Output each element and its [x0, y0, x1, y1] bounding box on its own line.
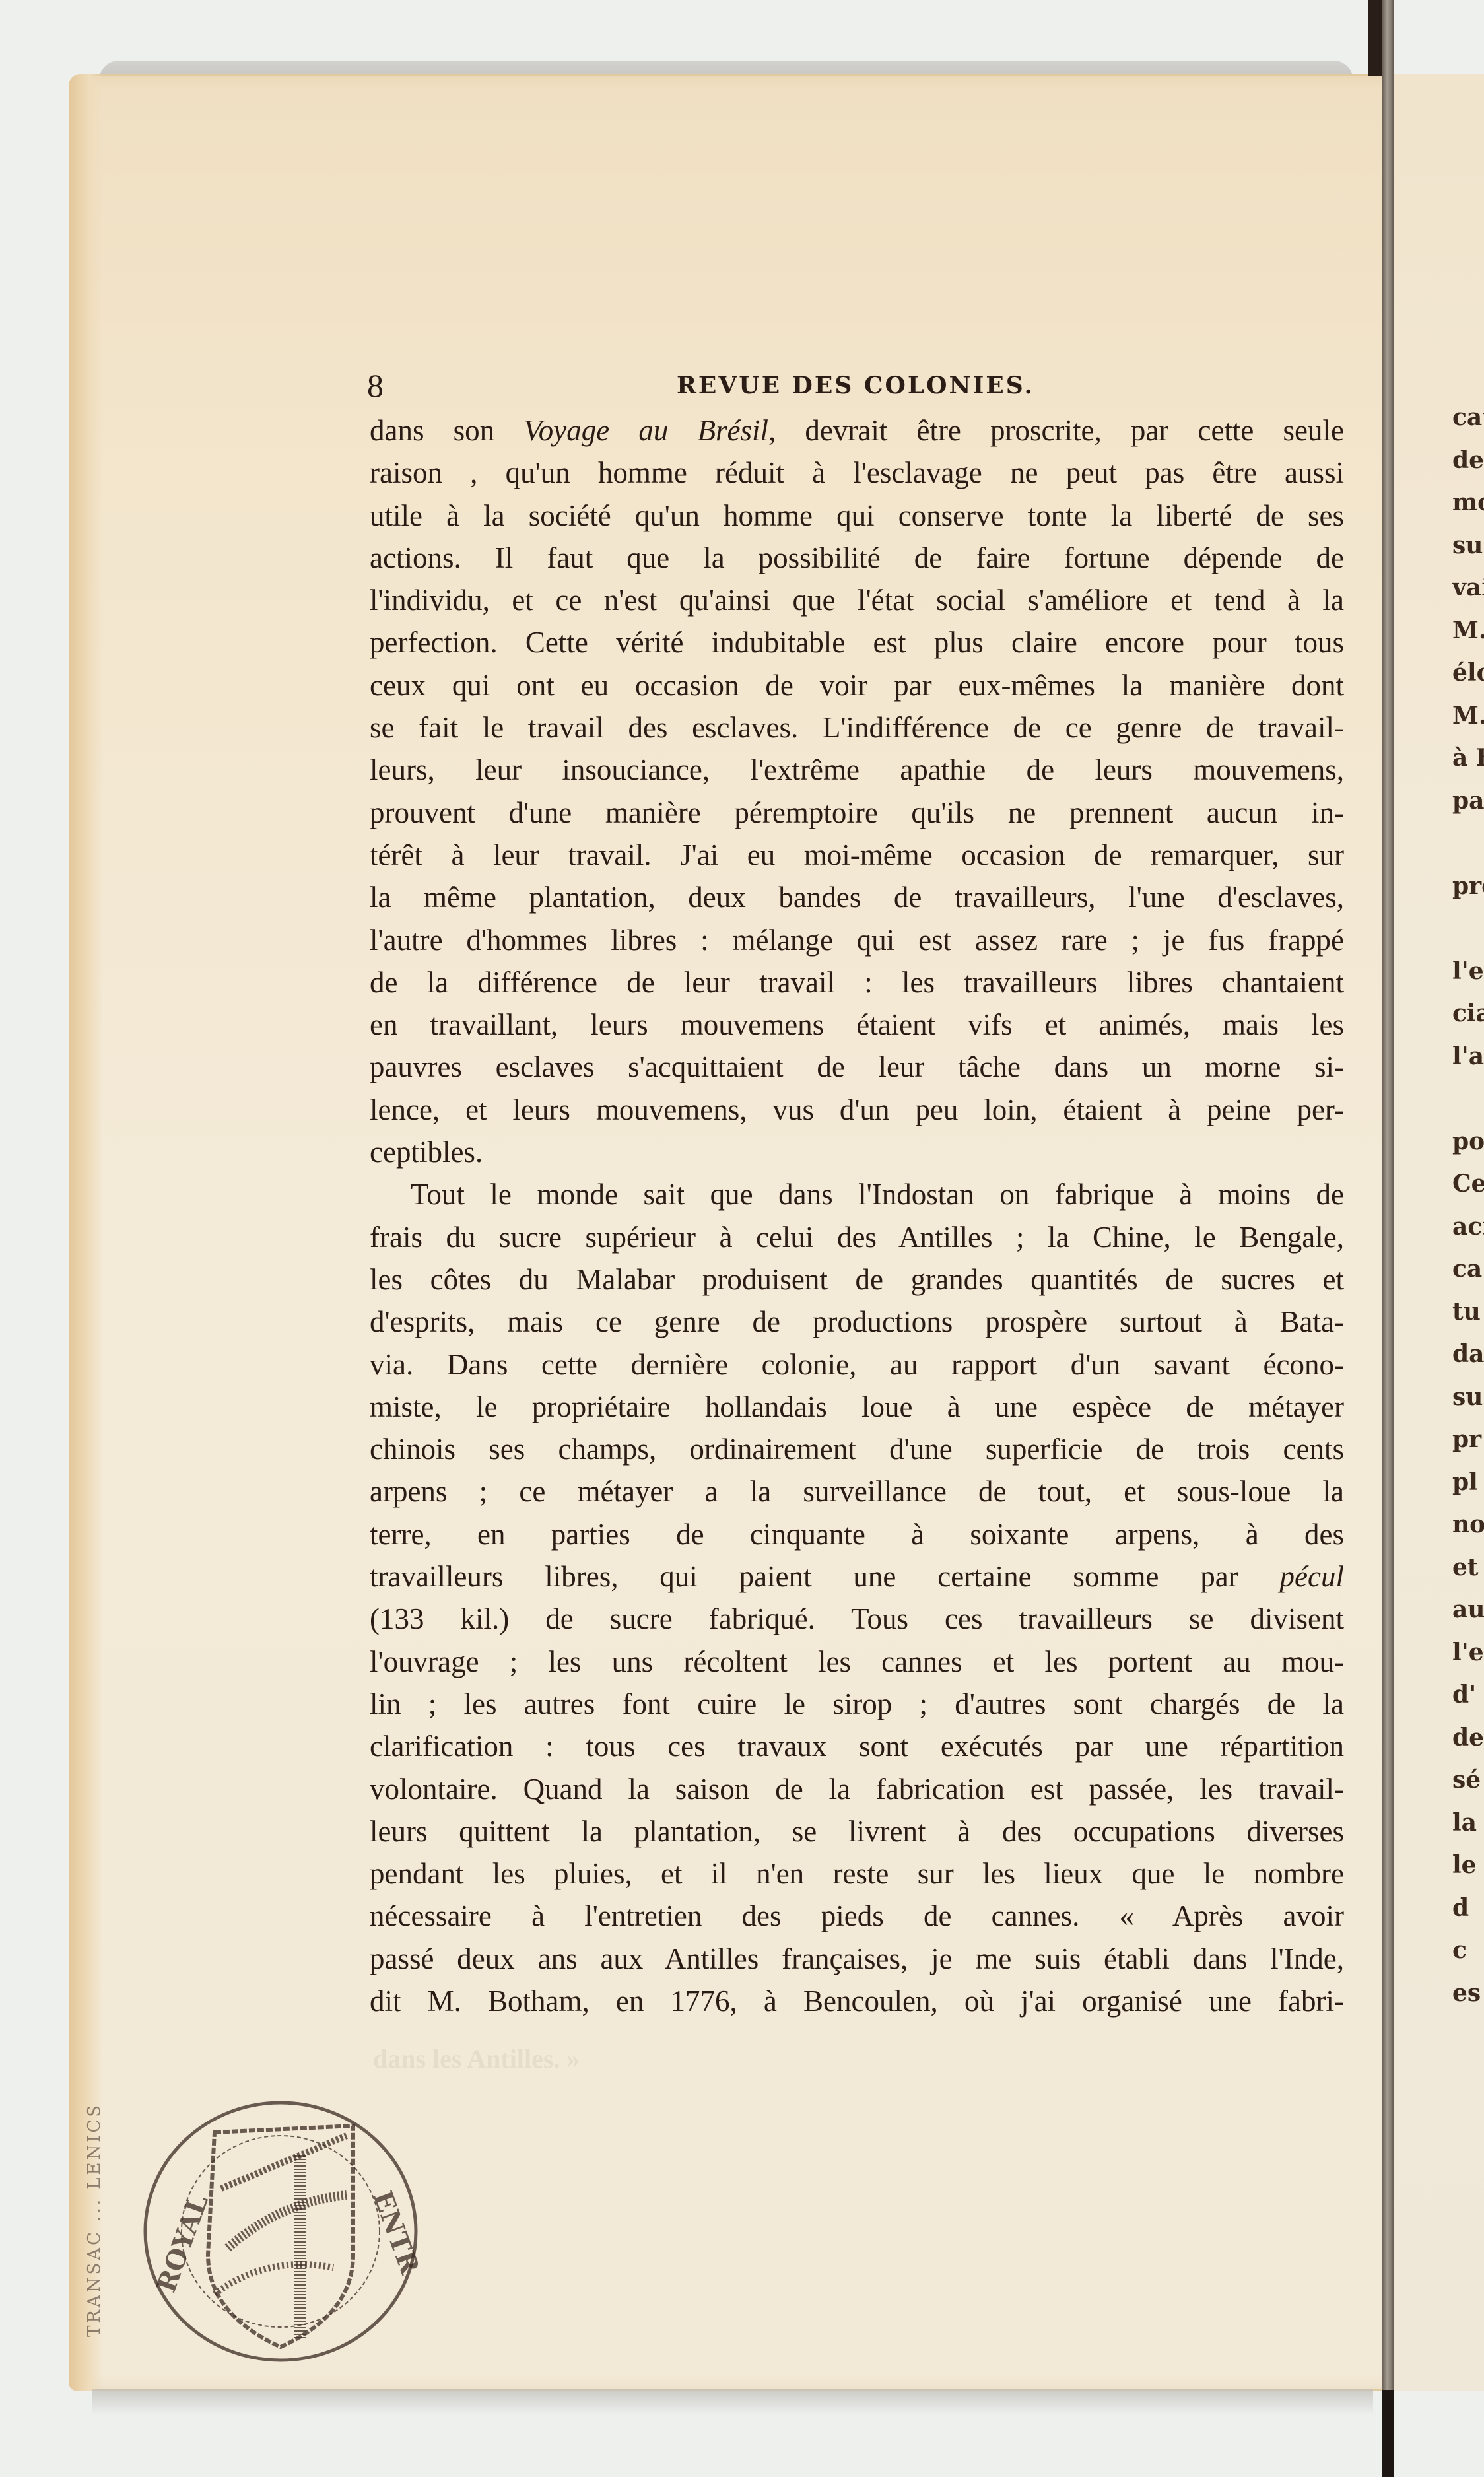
text-line: lence, et leurs mouvemens, vus d'un peu …: [370, 1089, 1344, 1131]
text-line: miste, le propriétaire hollandais loue à…: [370, 1386, 1344, 1428]
text-line: prouvent d'une manière péremptoire qu'il…: [370, 792, 1344, 834]
text-line: les côtes du Malabar produisent de grand…: [370, 1258, 1344, 1301]
text-line: passé deux ans aux Antilles françaises, …: [370, 1938, 1344, 1980]
text-line: térêt à leur travail. J'ai eu moi-même o…: [370, 834, 1344, 876]
text-line: leurs quittent la plantation, se livrent…: [370, 1810, 1344, 1852]
spine-label: TRANSAC ... LENICS: [84, 2027, 104, 2337]
text-line: Tout le monde sait que dans l'Indostan o…: [370, 1173, 1344, 1215]
body-text: dans son Voyage au Brésil, devrait être …: [370, 409, 1344, 2022]
italic-title: pécul: [1280, 1560, 1344, 1593]
journal-title: REVUE DES COLONIES.: [367, 372, 1344, 399]
show-through-text: dans les Antilles. »: [373, 2043, 580, 2074]
text-line: leurs, leur insouciance, l'extrême apath…: [370, 749, 1344, 791]
binding-cap-top: [1368, 0, 1382, 76]
text-line: pauvres esclaves s'acquittaient de leur …: [370, 1046, 1344, 1088]
text-line: l'individu, et ce n'est qu'ainsi que l'é…: [370, 579, 1344, 621]
text-line: (133 kil.) de sucre fabriqué. Tous ces t…: [370, 1598, 1344, 1640]
binding-cap-bottom: [1382, 2390, 1394, 2477]
book-gutter: [1382, 0, 1394, 2477]
text-line: volontaire. Quand la saison de la fabric…: [370, 1768, 1344, 1810]
text-line: actions. Il faut que la possibilité de f…: [370, 537, 1344, 579]
text-line: dit M. Botham, en 1776, à Bencoulen, où …: [370, 1980, 1344, 2022]
facing-page-text-fragment: cati de mo suc vai M. élo M. à B pal pro…: [1452, 396, 1484, 2014]
text-line: ceux qui ont eu occasion de voir par eux…: [370, 664, 1344, 706]
text-line: travailleurs libres, qui paient une cert…: [370, 1555, 1344, 1598]
text-line: arpens ; ce métayer a la surveillance de…: [370, 1470, 1344, 1512]
text-line: via. Dans cette dernière colonie, au rap…: [370, 1343, 1344, 1386]
text-line: pendant les pluies, et il n'en reste sur…: [370, 1852, 1344, 1895]
library-seal-icon: ROYAL ENTR: [135, 2096, 426, 2367]
stamp-text-left: ROYAL: [151, 2190, 215, 2296]
text-line: de la différence de leur travail : les t…: [370, 961, 1344, 1003]
text-line: d'esprits, mais ce genre de productions …: [370, 1301, 1344, 1343]
text-line: ceptibles.: [370, 1131, 1344, 1173]
text-line: frais du sucre supérieur à celui des Ant…: [370, 1216, 1344, 1258]
text-line: terre, en parties de cinquante à soixant…: [370, 1513, 1344, 1555]
text-line: l'autre d'hommes libres : mélange qui es…: [370, 919, 1344, 961]
text-line: utile à la société qu'un homme qui conse…: [370, 494, 1344, 537]
text-line: en travaillant, leurs mouvemens étaient …: [370, 1003, 1344, 1046]
running-head: 8 REVUE DES COLONIES.: [367, 366, 1344, 406]
text-line: raison , qu'un homme réduit à l'esclavag…: [370, 452, 1344, 494]
text-line: dans son Voyage au Brésil, devrait être …: [370, 409, 1344, 452]
text-line: se fait le travail des esclaves. L'indif…: [370, 706, 1344, 749]
page-shadow-bottom: [92, 2389, 1373, 2415]
italic-title: Voyage au Brésil: [523, 414, 768, 447]
text-line: lin ; les autres font cuire le sirop ; d…: [370, 1683, 1344, 1725]
text-line: perfection. Cette vérité indubitable est…: [370, 621, 1344, 663]
text-line: la même plantation, deux bandes de trava…: [370, 876, 1344, 918]
text-line: clarification : tous ces travaux sont ex…: [370, 1725, 1344, 1767]
text-line: chinois ses champs, ordinairement d'une …: [370, 1428, 1344, 1470]
text-line: l'ouvrage ; les uns récoltent les cannes…: [370, 1641, 1344, 1683]
text-line: nécessaire à l'entretien des pieds de ca…: [370, 1895, 1344, 1937]
